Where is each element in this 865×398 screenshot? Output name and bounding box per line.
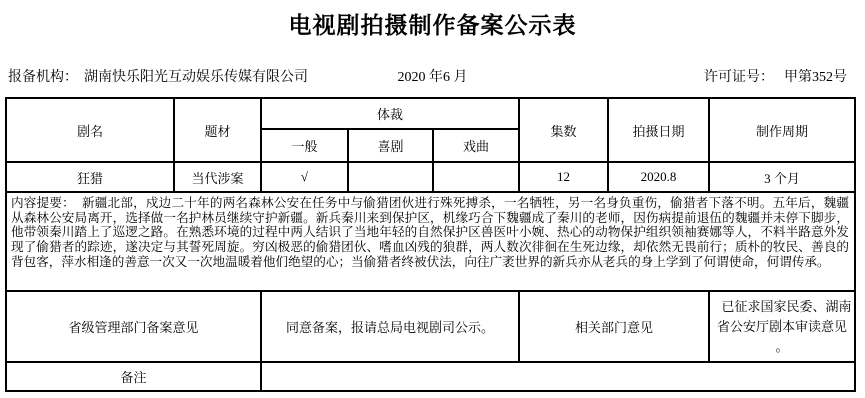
- synopsis-cell: 内容提要：新疆北部，戍边二十年的两名森林公安在任务中与偷猎团伙进行殊死搏杀，一名…: [6, 192, 855, 291]
- synopsis-text: 新疆北部，戍边二十年的两名森林公安在任务中与偷猎团伙进行殊死搏杀，一名牺牲，另一…: [11, 196, 849, 269]
- license-value: 甲第352号: [784, 70, 847, 85]
- cell-production-cycle: 3 个月: [709, 162, 855, 192]
- col-header-production-cycle: 制作周期: [709, 98, 855, 162]
- document-page: 电视剧拍摄制作备案公示表 报备机构：湖南快乐阳光互动娱乐传媒有限公司 2020 …: [0, 0, 865, 398]
- header-row-top: 剧名 题材 体裁 集数 拍摄日期 制作周期: [6, 98, 855, 129]
- filing-table: 剧名 题材 体裁 集数 拍摄日期 制作周期 一般 喜剧 戏曲 狂猎 当代涉案 √…: [5, 97, 856, 392]
- cell-genre-opera: [433, 162, 519, 192]
- synopsis-row: 内容提要：新疆北部，戍边二十年的两名森林公安在任务中与偷猎团伙进行殊死搏杀，一名…: [6, 192, 855, 291]
- cell-episodes: 12: [519, 162, 608, 192]
- remarks-row: 备注: [6, 362, 855, 391]
- cell-drama-name: 狂猎: [6, 162, 174, 192]
- remarks-value: [261, 362, 855, 391]
- synopsis-label: 内容提要：: [11, 196, 75, 210]
- provincial-opinion-label: 省级管理部门备案意见: [6, 291, 261, 362]
- provincial-opinion-value: 同意备案，报请总局电视剧司公示。: [261, 291, 519, 362]
- cell-genre-general-check: √: [261, 162, 348, 192]
- col-header-genre-general: 一般: [261, 129, 348, 162]
- opinions-row: 省级管理部门备案意见 同意备案，报请总局电视剧司公示。 相关部门意见 已征求国家…: [6, 291, 855, 362]
- related-opinion-label: 相关部门意见: [519, 291, 709, 362]
- cell-theme: 当代涉案: [174, 162, 261, 192]
- remarks-label: 备注: [6, 362, 261, 391]
- col-header-drama-name: 剧名: [6, 98, 174, 162]
- license-number: 许可证号：甲第352号: [704, 69, 847, 86]
- cell-genre-comedy: [348, 162, 433, 192]
- col-header-theme: 题材: [174, 98, 261, 162]
- col-header-genre-comedy: 喜剧: [348, 129, 433, 162]
- license-label: 许可证号：: [704, 70, 774, 85]
- meta-row: 报备机构：湖南快乐阳光互动娱乐传媒有限公司 2020 年6 月 许可证号：甲第3…: [0, 69, 865, 86]
- col-header-shoot-date: 拍摄日期: [608, 98, 709, 162]
- related-opinion-value: 已征求国家民委、湖南 省公安厅剧本审读意见 。: [709, 291, 855, 362]
- page-title: 电视剧拍摄制作备案公示表: [0, 11, 865, 39]
- drama-data-row: 狂猎 当代涉案 √ 12 2020.8 3 个月: [6, 162, 855, 192]
- col-header-genre: 体裁: [261, 98, 519, 129]
- col-header-episodes: 集数: [519, 98, 608, 162]
- col-header-genre-opera: 戏曲: [433, 129, 519, 162]
- cell-shoot-date: 2020.8: [608, 162, 709, 192]
